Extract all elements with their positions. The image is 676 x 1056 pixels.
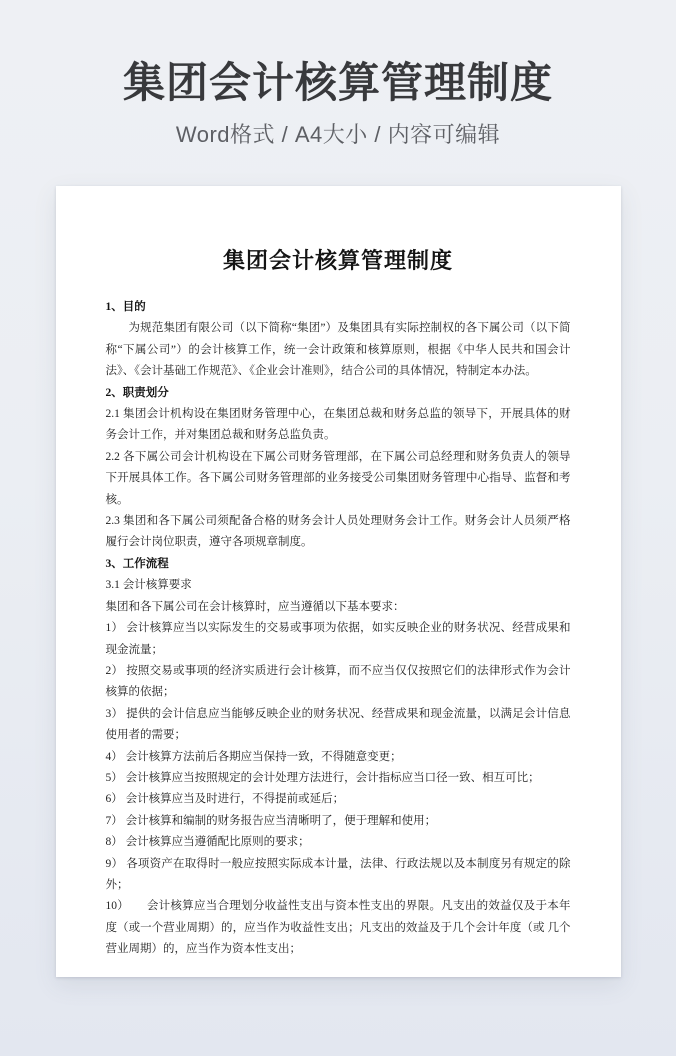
- document-paragraph: 9） 各项资产在取得时一般应按照实际成本计量，法律、行政法规以及本制度另有规定的…: [106, 854, 571, 897]
- document-title: 集团会计核算管理制度: [106, 244, 571, 275]
- document-paragraph: 2.2 各下属公司会计机构设在下属公司财务管理部，在下属公司总经理和财务负责人的…: [106, 447, 571, 511]
- document-paragraph: 为规范集团有限公司（以下简称“集团”）及集团具有实际控制权的各下属公司（以下简称…: [106, 318, 571, 382]
- document-paragraph: 10） 会计核算应当合理划分收益性支出与资本性支出的界限。凡支出的效益仅及于本年…: [106, 896, 571, 960]
- document-page-preview: 集团会计核算管理制度 1、目的为规范集团有限公司（以下简称“集团”）及集团具有实…: [56, 186, 621, 977]
- section-heading: 2、职责划分: [106, 383, 571, 404]
- document-paragraph: 2.3 集团和各下属公司须配备合格的财务会计人员处理财务会计工作。财务会计人员须…: [106, 511, 571, 554]
- document-paragraph: 3.1 会计核算要求: [106, 575, 571, 596]
- document-paragraph: 5） 会计核算应当按照规定的会计处理方法进行，会计指标应当口径一致、相互可比；: [106, 768, 571, 789]
- document-paragraph: 1） 会计核算应当以实际发生的交易或事项为依据，如实反映企业的财务状况、经营成果…: [106, 618, 571, 661]
- document-paragraph: 2） 按照交易或事项的经济实质进行会计核算，而不应当仅仅按照它们的法律形式作为会…: [106, 661, 571, 704]
- document-paragraph: 7） 会计核算和编制的财务报告应当清晰明了，便于理解和使用；: [106, 811, 571, 832]
- document-body: 1、目的为规范集团有限公司（以下简称“集团”）及集团具有实际控制权的各下属公司（…: [106, 297, 571, 961]
- banner-title: 集团会计核算管理制度: [0, 60, 676, 106]
- document-paragraph: 4） 会计核算方法前后各期应当保持一致，不得随意变更；: [106, 747, 571, 768]
- section-heading: 1、目的: [106, 297, 571, 318]
- document-paragraph: 3） 提供的会计信息应当能够反映企业的财务状况、经营成果和现金流量，以满足会计信…: [106, 704, 571, 747]
- document-paragraph: 2.1 集团会计机构设在集团财务管理中心，在集团总裁和财务总监的领导下，开展具体…: [106, 404, 571, 447]
- document-paragraph: 8） 会计核算应当遵循配比原则的要求；: [106, 832, 571, 853]
- document-paragraph: 集团和各下属公司在会计核算时，应当遵循以下基本要求：: [106, 597, 571, 618]
- document-paragraph: 6） 会计核算应当及时进行，不得提前或延后；: [106, 789, 571, 810]
- banner-subtitle: Word格式 / A4大小 / 内容可编辑: [0, 118, 676, 149]
- section-heading: 3、工作流程: [106, 554, 571, 575]
- template-banner: 集团会计核算管理制度 Word格式 / A4大小 / 内容可编辑: [0, 0, 676, 186]
